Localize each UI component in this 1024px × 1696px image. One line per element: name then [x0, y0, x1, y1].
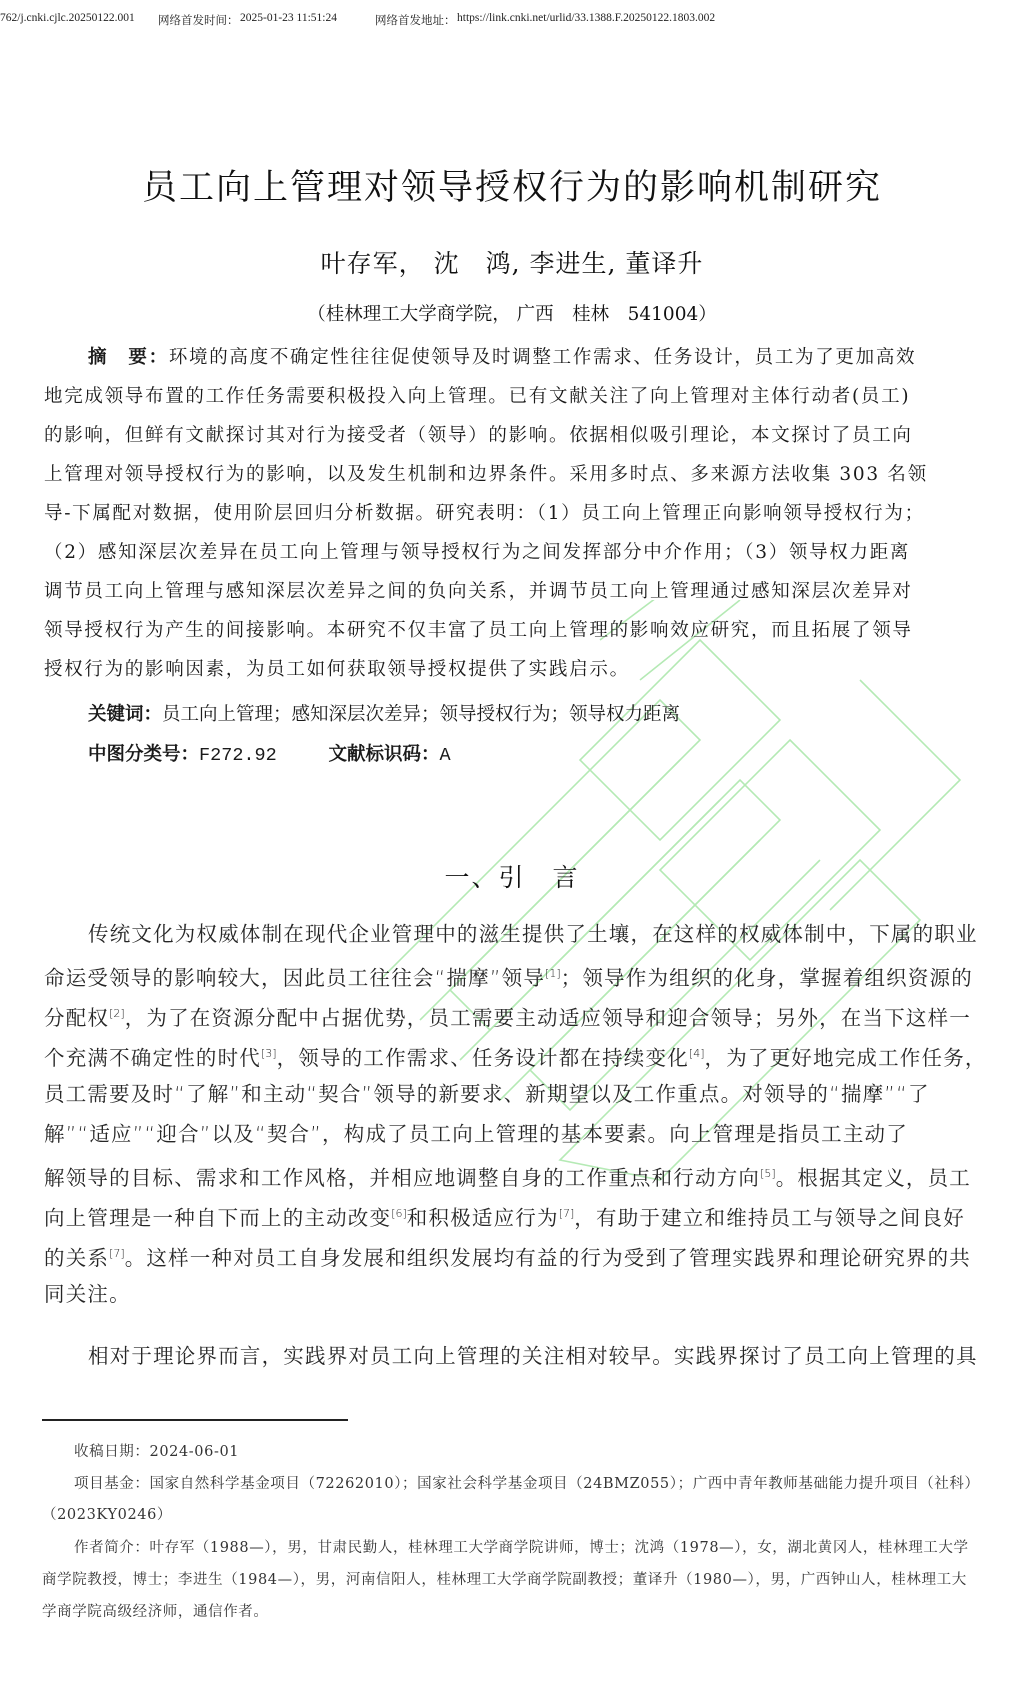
- body-line: 员工需要及时“了解”和主动“契合”领导的新要求、新期望以及工作重点。对领导的“揣…: [44, 1078, 930, 1110]
- citation-ref[interactable]: [1]: [545, 967, 561, 980]
- paper-title: 员工向上管理对领导授权行为的影响机制研究: [0, 160, 1024, 210]
- doc-code-value: A: [440, 745, 451, 766]
- footnote-author-bio: 作者简介：叶存军（1988—），男，甘肃民勤人，桂林理工大学商学院讲师，博士；沈…: [74, 1536, 994, 1560]
- abstract-line: 摘 要：环境的高度不确定性往往促使领导及时调整工作需求、任务设计，员工为了更加高…: [88, 344, 916, 372]
- abstract-line: 的影响，但鲜有文献探讨其对行为接受者（领导）的影响。依据相似吸引理论，本文探讨了…: [44, 422, 913, 450]
- publication-header: 762/j.cnki.cjlc.20250122.001 网络首发时间： 202…: [0, 8, 1024, 30]
- body-line: 同关注。: [44, 1278, 131, 1310]
- abstract-label: 摘 要：: [88, 347, 169, 368]
- body-line: 个充满不确定性的时代[3]，领导的工作需求、任务设计都在持续变化[4]，为了更好…: [44, 1038, 987, 1070]
- body-line: 传统文化为权威体制在现代企业管理中的滋生提供了土壤，在这样的权威体制中，下属的职…: [88, 918, 978, 950]
- citation-ref[interactable]: [7]: [109, 1247, 125, 1260]
- footnote-funding-cont: （2023KY0246）: [42, 1503, 172, 1527]
- body-line: 分配权[2]，为了在资源分配中占据优势，员工需要主动适应领导和迎合领导；另外，在…: [44, 998, 971, 1030]
- abstract-line: 上管理对领导授权行为的影响，以及发生机制和边界条件。采用多时点、多来源方法收集 …: [44, 461, 928, 489]
- abstract-line: 授权行为的影响因素，为员工如何获取领导授权提供了实践启示。: [44, 656, 630, 684]
- doi-fragment: 762/j.cnki.cjlc.20250122.001: [0, 12, 135, 24]
- citation-ref[interactable]: [5]: [760, 1167, 776, 1180]
- citation-ref[interactable]: [2]: [109, 1007, 125, 1020]
- body-line: 命运受领导的影响较大，因此员工往往会“揣摩”领导[1]；领导作为组织的化身，掌握…: [44, 958, 973, 990]
- classification: 中图分类号：F272.92 文献标识码：A: [88, 740, 451, 766]
- footnote-divider: [42, 1419, 348, 1421]
- body-line: 向上管理是一种自下而上的主动改变[6]和积极适应行为[7]，有助于建立和维持员工…: [44, 1198, 965, 1230]
- footnote-funding: 项目基金：国家自然科学基金项目（72262010）；国家社会科学基金项目（24B…: [74, 1472, 994, 1496]
- abstract-line: 地完成领导布置的工作任务需要积极投入向上管理。已有文献关注了向上管理对主体行动者…: [44, 383, 910, 411]
- citation-ref[interactable]: [6]: [391, 1207, 407, 1220]
- footnote-author-bio-cont: 学商学院高级经济师，通信作者。: [42, 1600, 269, 1624]
- citation-ref[interactable]: [3]: [261, 1047, 277, 1060]
- footnote-received-date: 收稿日期：2024-06-01: [74, 1440, 239, 1464]
- citation-ref[interactable]: [4]: [689, 1047, 705, 1060]
- body-line: 解”“适应”“迎合”以及“契合”，构成了员工向上管理的基本要素。向上管理是指员工…: [44, 1118, 908, 1150]
- citation-ref[interactable]: [7]: [559, 1207, 575, 1220]
- author-list: 叶存军， 沈 鸿, 李进生, 董译升: [0, 244, 1024, 280]
- doc-code-label: 文献标识码：: [329, 744, 440, 765]
- keywords-value: 员工向上管理；感知深层次差异；领导授权行为；领导权力距离: [162, 704, 680, 725]
- section-heading: 一、引 言: [0, 858, 1024, 894]
- publish-url[interactable]: https://link.cnki.net/urlid/33.1388.F.20…: [457, 12, 715, 24]
- abstract-line: （2）感知深层次差异在员工向上管理与领导授权行为之间发挥部分中介作用；（3）领导…: [44, 539, 910, 567]
- body-line: 相对于理论界而言，实践界对员工向上管理的关注相对较早。实践界探讨了员工向上管理的…: [88, 1340, 978, 1372]
- abstract-line: 导-下属配对数据，使用阶层回归分析数据。研究表明：（1）员工向上管理正向影响领导…: [44, 500, 925, 528]
- abstract-line: 调节员工向上管理与感知深层次差异之间的负向关系，并调节员工向上管理通过感知深层次…: [44, 578, 913, 606]
- affiliation: （桂林理工大学商学院， 广西 桂林 541004）: [0, 300, 1024, 326]
- body-line: 的关系[7]。这样一种对员工自身发展和组织发展均有益的行为受到了管理实践界和理论…: [44, 1238, 971, 1270]
- publish-time-label: 网络首发时间：: [158, 12, 239, 28]
- keywords-label: 关键词：: [88, 704, 162, 725]
- publish-time: 2025-01-23 11:51:24: [240, 12, 337, 24]
- clc-label: 中图分类号：: [88, 744, 199, 765]
- clc-value: F272.92: [199, 745, 277, 766]
- abstract-line: 领导授权行为产生的间接影响。本研究不仅丰富了员工向上管理的影响效应研究，而且拓展…: [44, 617, 913, 645]
- footnote-author-bio-cont: 商学院教授，博士；李进生（1984—），男，河南信阳人，桂林理工大学商学院副教授…: [42, 1568, 994, 1592]
- body-line: 解领导的目标、需求和工作风格，并相应地调整自身的工作重点和行动方向[5]。根据其…: [44, 1158, 971, 1190]
- publish-url-label: 网络首发地址：: [375, 12, 456, 28]
- keywords: 关键词：员工向上管理；感知深层次差异；领导授权行为；领导权力距离: [88, 700, 680, 726]
